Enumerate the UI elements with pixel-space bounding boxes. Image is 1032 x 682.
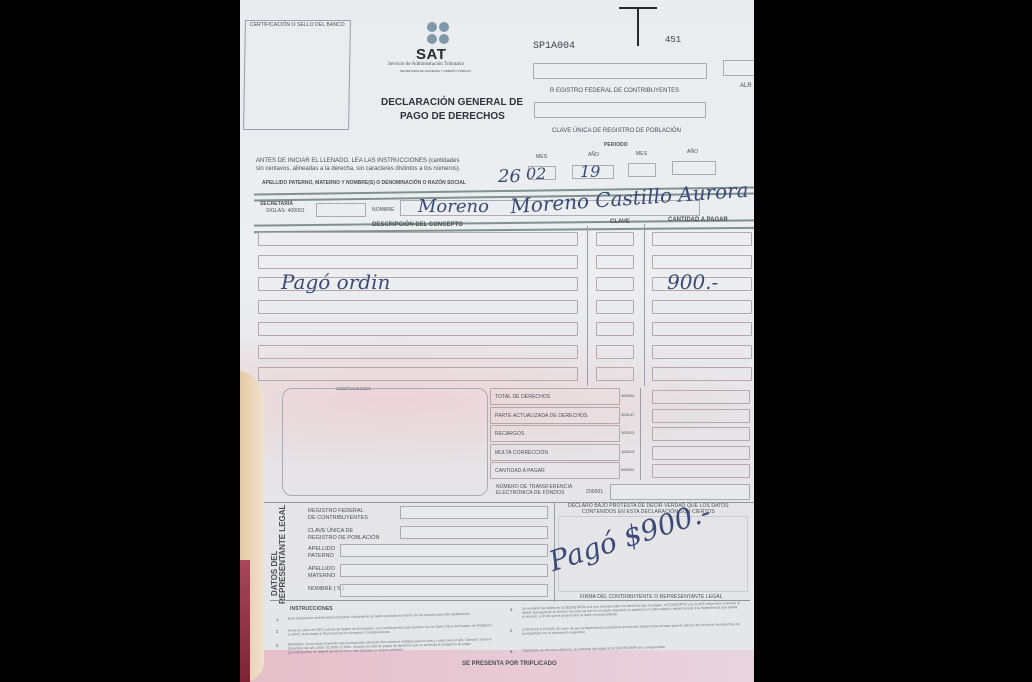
secretaria-label: SECRETARÍA bbox=[260, 201, 293, 207]
alr-label: ALR bbox=[740, 83, 752, 89]
rep-field-input[interactable] bbox=[400, 526, 548, 539]
rep-section-title-2: REPRESENTANTE LEGAL bbox=[278, 505, 287, 604]
form-title-line2: PAGO DE DERECHOS bbox=[400, 111, 505, 122]
siglas-label: SIGLAS: 400001 bbox=[266, 208, 305, 214]
instruction-text: Anote su clave del RFC cuando se asigne … bbox=[288, 623, 496, 636]
handwritten-day: 26 bbox=[498, 166, 521, 187]
instruction-item: 2.Anote su clave del RFC cuando se asign… bbox=[276, 623, 496, 637]
form-code: SP1A004 bbox=[533, 41, 575, 52]
rfc-label: R EGISTRO FEDERAL DE CONTRIBUYENTES bbox=[550, 88, 679, 94]
col-header-clave: CLAVE bbox=[610, 219, 630, 225]
rep-field-label: REGISTRO FEDERAL bbox=[308, 508, 364, 514]
rep-field-label: DE CONTRIBUYENTES bbox=[308, 515, 368, 521]
descripcion-cell[interactable]: Pagó ordin bbox=[258, 277, 578, 291]
totals-label: RECARGOS bbox=[495, 431, 524, 437]
rep-field-label: APELLIDO bbox=[308, 546, 335, 552]
clave-cell[interactable] bbox=[596, 345, 634, 359]
periodo-mes2-label: MES bbox=[636, 151, 647, 157]
transfer-label-line2: ELECTRÓNICA DE FONDOS bbox=[496, 490, 565, 496]
totals-label: PARTE ACTUALIZADA DE DERECHOS bbox=[495, 413, 587, 419]
rep-field-label: REGISTRO DE POBLACIÓN bbox=[308, 535, 380, 541]
cantidad-cell[interactable] bbox=[652, 300, 752, 314]
rep-field-input[interactable] bbox=[340, 564, 548, 577]
totals-code: 100013 bbox=[621, 430, 634, 435]
instruction-number: 1. bbox=[276, 617, 279, 622]
instruction-item: 5.CANTIDAD A PAGAR: En caso de que la de… bbox=[510, 622, 740, 636]
rep-field-label: PATERNO bbox=[308, 553, 334, 559]
rep-field-input[interactable] bbox=[340, 584, 548, 597]
alr-field[interactable] bbox=[723, 60, 754, 76]
totals-label-cell: PARTE ACTUALIZADA DE DERECHOS bbox=[490, 407, 620, 424]
table-divider bbox=[644, 224, 645, 386]
issuer-name: Servicio de Administración Tributaria bbox=[388, 62, 464, 67]
descripcion-cell[interactable] bbox=[258, 322, 578, 336]
totals-value-field[interactable] bbox=[652, 427, 750, 441]
totals-code: 400147 bbox=[621, 412, 634, 417]
nombre-label: NOMBRE bbox=[372, 207, 395, 213]
instructions-title: INSTRUCCIONES bbox=[290, 606, 333, 612]
name-header: APELLIDO PATERNO, MATERNO Y NOMBRE(S) O … bbox=[262, 180, 466, 186]
instruction-number: 4. bbox=[510, 607, 513, 612]
table-divider bbox=[587, 226, 588, 386]
descripcion-cell-value: Pagó ordin bbox=[281, 270, 390, 294]
totals-value-field[interactable] bbox=[652, 390, 750, 404]
clave-cell[interactable] bbox=[596, 255, 634, 269]
curp-field[interactable] bbox=[534, 102, 706, 118]
totals-divider bbox=[640, 388, 641, 480]
totals-code: 400002 bbox=[621, 393, 634, 398]
handwritten-year: 19 bbox=[580, 162, 600, 181]
totals-label-cell: RECARGOS bbox=[490, 425, 620, 442]
rep-field-input[interactable] bbox=[340, 544, 548, 557]
instruction-number: 5. bbox=[510, 628, 513, 633]
instructions-note-line2: sin centavos, alineadas a la derecha, si… bbox=[256, 166, 460, 172]
cantidad-cell[interactable] bbox=[652, 255, 752, 269]
col-header-descripcion: DESCRIPCIÓN DEL CONCEPTO bbox=[372, 222, 463, 228]
form-title-line1: DECLARACIÓN GENERAL DE bbox=[381, 97, 523, 108]
clave-cell[interactable] bbox=[596, 322, 634, 336]
totals-value-field[interactable] bbox=[652, 446, 750, 460]
sat-logo-icon bbox=[427, 22, 449, 44]
cantidad-cell[interactable] bbox=[652, 232, 752, 246]
instruction-item: 1.Esta declaración será llenada a máquin… bbox=[276, 611, 496, 621]
clave-cell[interactable] bbox=[596, 232, 634, 246]
totals-label: TOTAL DE DERECHOS bbox=[495, 394, 550, 400]
instruction-text: CANTIDAD A PAGAR: En caso de que la depe… bbox=[522, 622, 740, 636]
siglas-field[interactable] bbox=[316, 203, 366, 217]
payment-form-document: CERTIFICACIÓN O SELLO DEL BANCO SAT Serv… bbox=[240, 0, 754, 682]
cantidad-cell-value: 900.- bbox=[667, 270, 718, 294]
curp-label: CLAVE ÚNICA DE REGISTRO DE POBLACIÓN bbox=[552, 128, 681, 134]
rep-field-label: MATERNO bbox=[308, 573, 335, 579]
descripcion-cell[interactable] bbox=[258, 300, 578, 314]
cantidad-cell[interactable]: 900.- bbox=[652, 277, 752, 291]
totals-label: MULTA CORRECCIÓN bbox=[495, 450, 548, 456]
instruction-text: Esta declaración será llenada a máquina.… bbox=[288, 611, 496, 620]
totals-code: 100013 bbox=[621, 449, 634, 454]
bank-stamp-label: CERTIFICACIÓN O SELLO DEL BANCO bbox=[250, 22, 345, 28]
instruction-number: 2. bbox=[276, 629, 279, 634]
handwritten-month: 02 bbox=[526, 164, 546, 183]
clave-cell[interactable] bbox=[596, 300, 634, 314]
instruction-item: 4.Se anotarán las siglas de la SECRETARÍ… bbox=[510, 601, 740, 619]
bank-stamp-box bbox=[243, 20, 351, 130]
cantidad-cell[interactable] bbox=[652, 345, 752, 359]
periodo-anio2-label: AÑO bbox=[687, 149, 698, 155]
col-header-cantidad: CANTIDAD A PAGAR bbox=[668, 217, 728, 223]
instruction-number: 3. bbox=[276, 643, 279, 648]
totals-value-field[interactable] bbox=[652, 464, 750, 478]
descripcion-cell[interactable] bbox=[258, 255, 578, 269]
handwritten-number: 451 bbox=[665, 35, 681, 45]
periodo-label: PERIODO bbox=[604, 142, 628, 148]
periodo-mes2-field[interactable] bbox=[628, 163, 656, 177]
divider bbox=[270, 600, 750, 601]
cantidad-cell[interactable] bbox=[652, 322, 752, 336]
rfc-field[interactable] bbox=[533, 63, 707, 79]
periodo-anio1-label: AÑO bbox=[588, 152, 599, 158]
rep-field-label: APELLIDO bbox=[308, 566, 335, 572]
totals-label: CANTIDAD A PAGAR bbox=[495, 468, 545, 474]
totals-label-cell: MULTA CORRECCIÓN bbox=[490, 444, 620, 461]
rep-field-label: CLAVE ÚNICA DE bbox=[308, 528, 353, 534]
instruction-text: Se anotarán las siglas de la SECRETARÍA … bbox=[522, 601, 740, 619]
transfer-field[interactable] bbox=[610, 484, 750, 500]
rep-field-label: NOMBRE ( S ) bbox=[308, 586, 344, 592]
clave-cell[interactable] bbox=[596, 367, 634, 381]
descripcion-cell[interactable] bbox=[258, 345, 578, 359]
totals-code: 900002 bbox=[621, 467, 634, 472]
transfer-code: 200001 bbox=[586, 489, 603, 495]
triplicate-note: SE PRESENTA POR TRIPLICADO bbox=[462, 661, 557, 667]
sat-logo-text: SAT bbox=[416, 46, 446, 63]
totals-label-cell: TOTAL DE DERECHOS bbox=[490, 388, 620, 405]
instruction-number: 6. bbox=[510, 649, 513, 654]
clave-cell[interactable] bbox=[596, 277, 634, 291]
instructions-note-line1: ANTES DE INICIAR EL LLENADO, LEA LAS INS… bbox=[256, 158, 460, 164]
periodo-mes1-label: MES bbox=[536, 154, 547, 160]
handwritten-mark-stem bbox=[637, 8, 639, 46]
sleeve-edge bbox=[240, 560, 250, 682]
issuer-subline: SECRETARÍA DE HACIENDA Y CRÉDITO PÚBLICO bbox=[400, 69, 471, 73]
handwritten-nombre: Moreno bbox=[418, 196, 489, 217]
cantidad-cell[interactable] bbox=[652, 367, 752, 381]
totals-value-field[interactable] bbox=[652, 409, 750, 423]
observaciones-field[interactable] bbox=[282, 388, 488, 496]
descripcion-cell[interactable] bbox=[258, 232, 578, 246]
totals-label-cell: CANTIDAD A PAGAR bbox=[490, 462, 620, 479]
periodo-anio2-field[interactable] bbox=[672, 161, 716, 175]
rep-field-input[interactable] bbox=[400, 506, 548, 519]
descripcion-cell[interactable] bbox=[258, 367, 578, 381]
